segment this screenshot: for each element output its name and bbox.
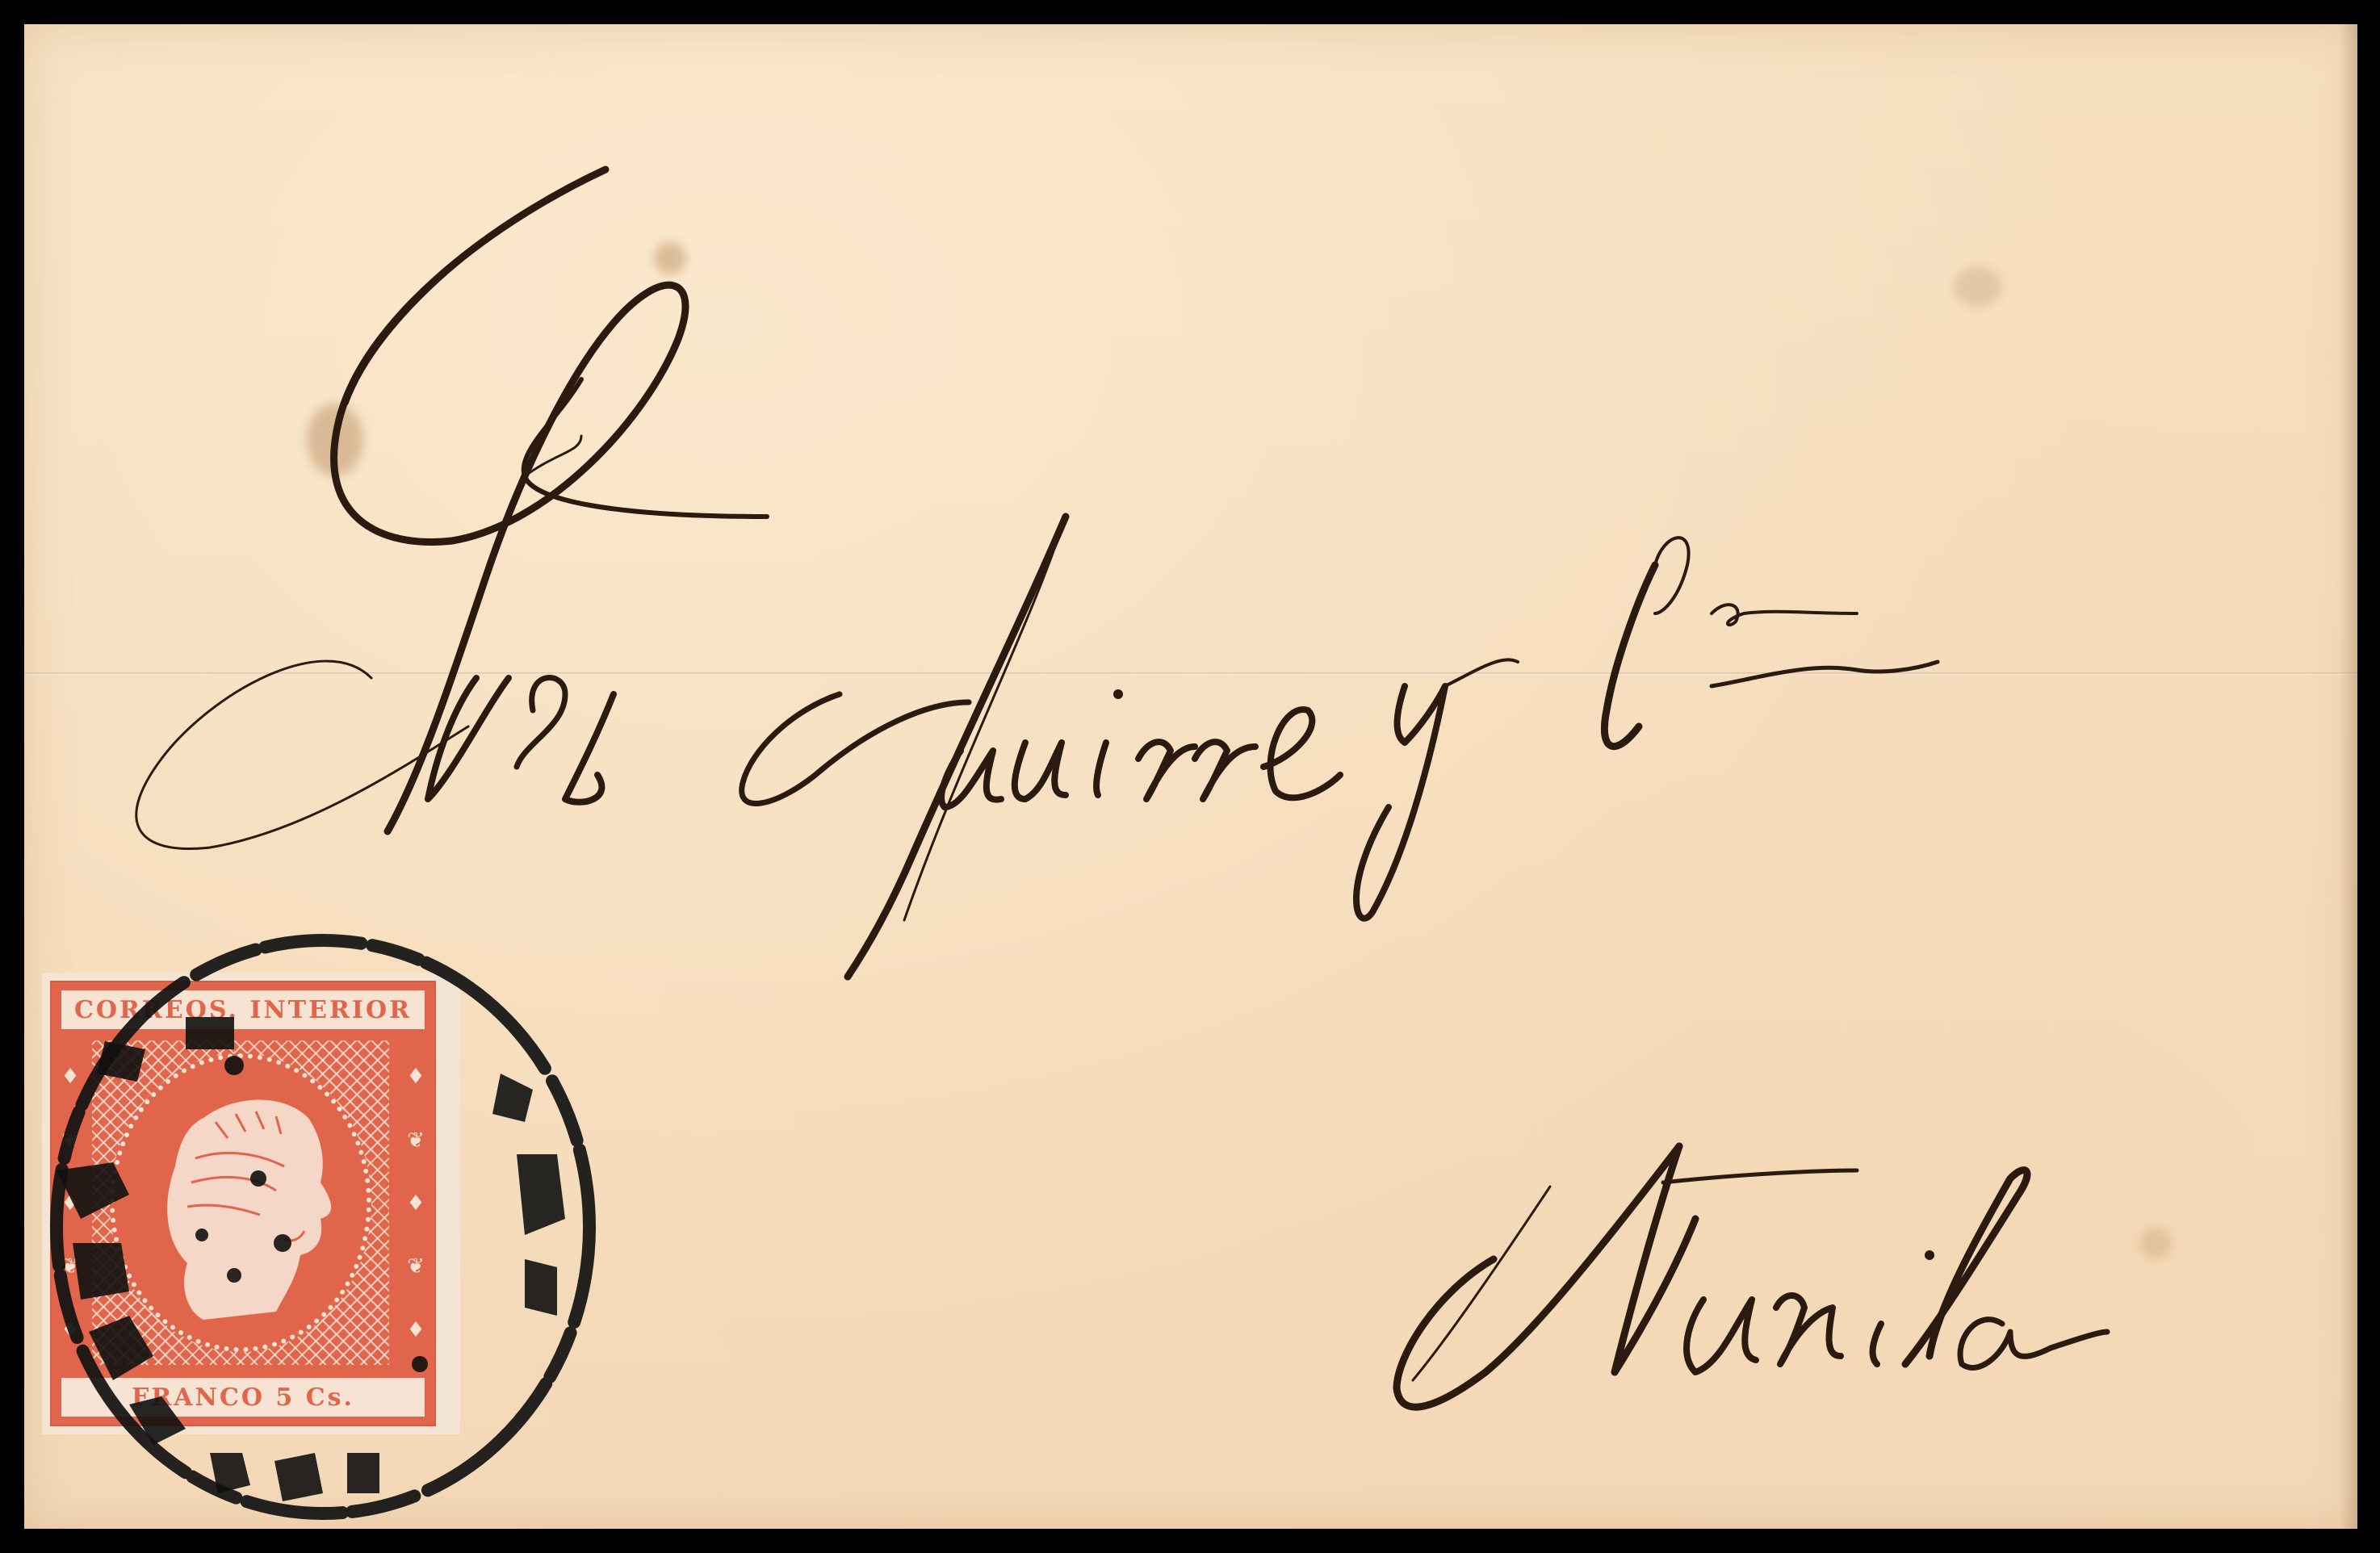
salutation-text: S.e bbox=[339, 242, 389, 279]
stamp-bottom-label: FRANCO 5 Cs. bbox=[61, 1378, 425, 1417]
portrait-icon bbox=[42, 973, 460, 1434]
recipient-text: Sres Aguirre y C.ª bbox=[565, 726, 861, 764]
city-text: Manila bbox=[1453, 1291, 1566, 1329]
postage-stamp: CORREOS. INTERIOR ♦❦♦❦♦ ♦❦♦❦♦ FRANCO 5 C… bbox=[42, 973, 460, 1434]
